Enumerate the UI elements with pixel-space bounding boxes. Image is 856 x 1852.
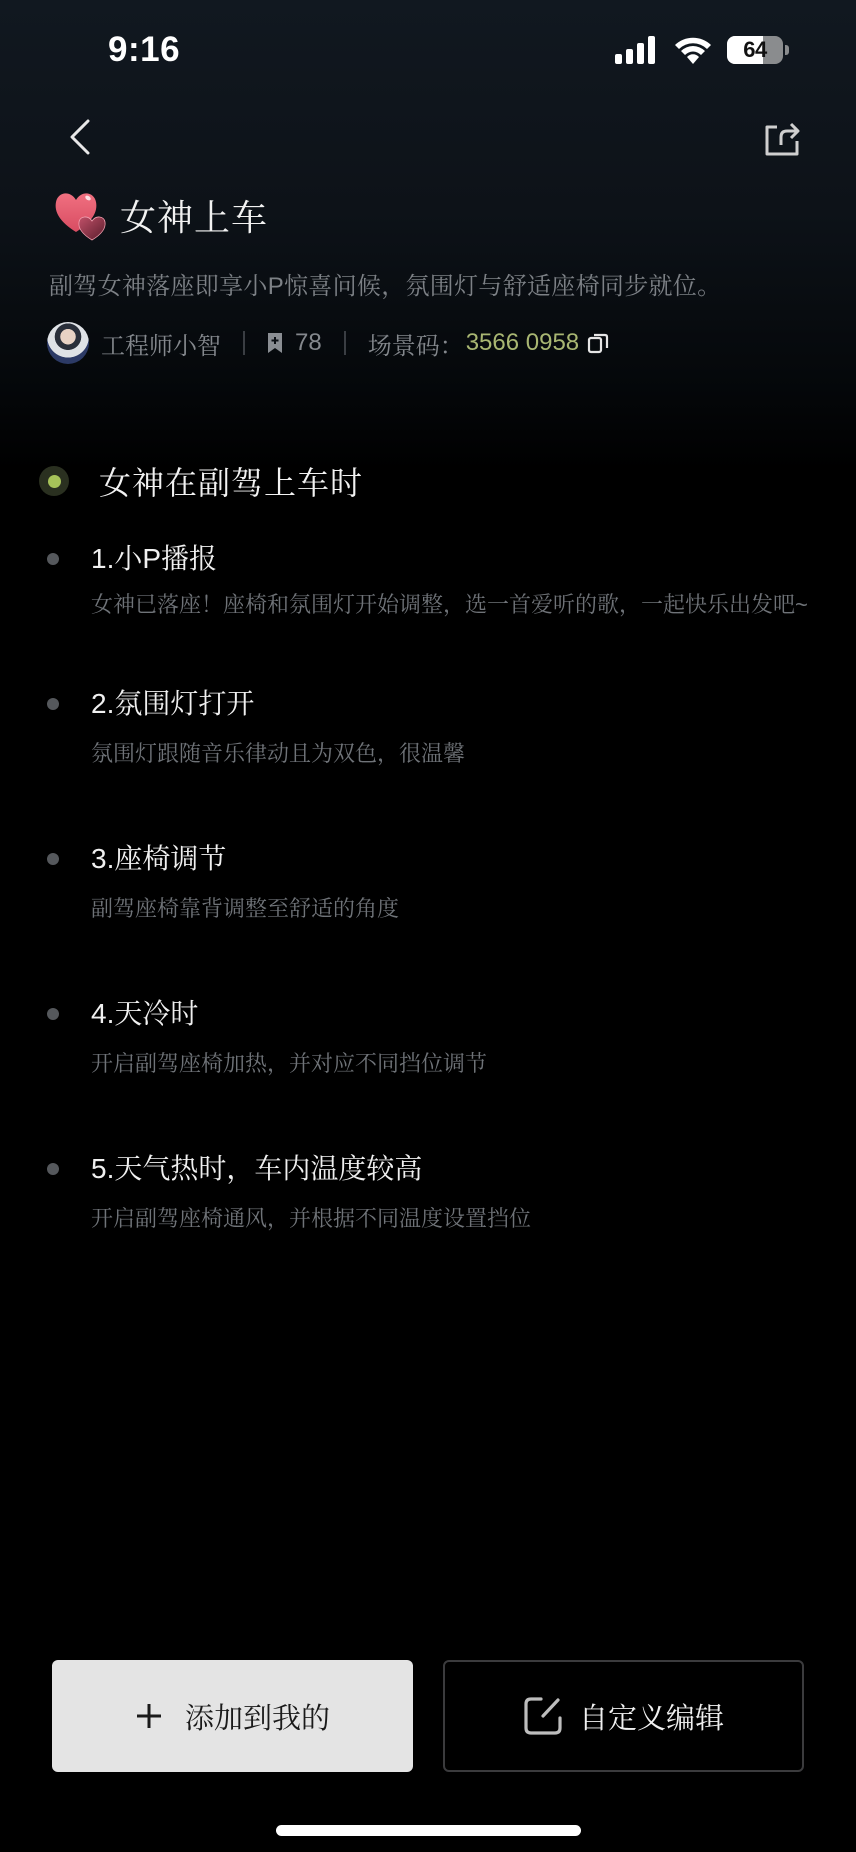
chevron-left-icon — [68, 119, 92, 155]
custom-edit-label: 自定义编辑 — [579, 1696, 724, 1737]
bookmark-icon — [267, 332, 283, 354]
battery-percent: 64 — [743, 37, 766, 63]
avatar[interactable] — [47, 322, 89, 364]
action-title: 5.天气热时，车内温度较高 — [91, 1150, 807, 1188]
action-desc: 开启副驾座椅通风，并根据不同温度设置挡位 — [91, 1202, 811, 1235]
bullet-icon — [47, 553, 59, 565]
back-button[interactable] — [58, 114, 102, 160]
action-desc: 女神已落座！座椅和氛围灯开始调整，选一首爱听的歌，一起快乐出发吧~ — [91, 588, 811, 621]
bullet-icon — [47, 698, 59, 710]
share-icon — [763, 121, 801, 157]
status-icons: 64 — [615, 34, 789, 66]
action-title: 1.小P播报 — [91, 540, 807, 578]
status-time: 9:16 — [108, 30, 180, 70]
divider — [243, 331, 245, 355]
plus-icon — [135, 1702, 163, 1730]
bullet-icon — [47, 853, 59, 865]
scene-code-label: 场景码： — [368, 326, 464, 361]
share-button[interactable] — [758, 116, 806, 162]
meta-row: 工程师小智 78 场景码： 3566 0958 — [47, 322, 609, 364]
page-title: 女神上车 — [120, 190, 268, 241]
battery-icon: 64 — [727, 36, 783, 64]
action-item: 1.小P播报 女神已落座！座椅和氛围灯开始调整，选一首爱听的歌，一起快乐出发吧~ — [47, 540, 807, 621]
action-item: 4.天冷时 开启副驾座椅加热，并对应不同挡位调节 — [47, 995, 807, 1080]
status-bar: 9:16 64 — [0, 0, 856, 100]
trigger-section: 女神在副驾上车时 — [39, 458, 363, 504]
signal-icon — [615, 36, 659, 64]
action-item: 3.座椅调节 副驾座椅靠背调整至舒适的角度 — [47, 840, 807, 925]
battery-tip — [785, 45, 789, 55]
title-row: 女神上车 — [54, 188, 268, 242]
author-name[interactable]: 工程师小智 — [101, 326, 221, 361]
action-title: 2.氛围灯打开 — [91, 685, 807, 723]
action-title: 3.座椅调节 — [91, 840, 807, 878]
add-to-mine-button[interactable]: 添加到我的 — [52, 1660, 413, 1772]
scene-code: 3566 0958 — [466, 329, 579, 357]
page-subtitle: 副驾女神落座即享小P惊喜问候，氛围灯与舒适座椅同步就位。 — [49, 266, 721, 301]
action-desc: 副驾座椅靠背调整至舒适的角度 — [91, 892, 811, 925]
add-to-mine-label: 添加到我的 — [185, 1696, 330, 1737]
actions-list: 1.小P播报 女神已落座！座椅和氛围灯开始调整，选一首爱听的歌，一起快乐出发吧~… — [47, 540, 807, 1235]
edit-icon — [523, 1696, 563, 1736]
trigger-dot-icon — [39, 466, 69, 496]
bullet-icon — [47, 1163, 59, 1175]
wifi-icon — [673, 35, 713, 65]
home-indicator[interactable] — [276, 1825, 581, 1836]
bookmark-count: 78 — [295, 329, 322, 357]
copy-icon[interactable] — [587, 332, 609, 354]
action-item: 2.氛围灯打开 氛围灯跟随音乐律动且为双色，很温馨 — [47, 685, 807, 770]
action-item: 5.天气热时，车内温度较高 开启副驾座椅通风，并根据不同温度设置挡位 — [47, 1150, 807, 1235]
action-title: 4.天冷时 — [91, 995, 807, 1033]
custom-edit-button[interactable]: 自定义编辑 — [443, 1660, 804, 1772]
divider — [344, 331, 346, 355]
bullet-icon — [47, 1008, 59, 1020]
action-desc: 开启副驾座椅加热，并对应不同挡位调节 — [91, 1047, 811, 1080]
two-hearts-icon — [54, 188, 108, 242]
action-desc: 氛围灯跟随音乐律动且为双色，很温馨 — [91, 737, 811, 770]
trigger-title: 女神在副驾上车时 — [99, 458, 363, 504]
